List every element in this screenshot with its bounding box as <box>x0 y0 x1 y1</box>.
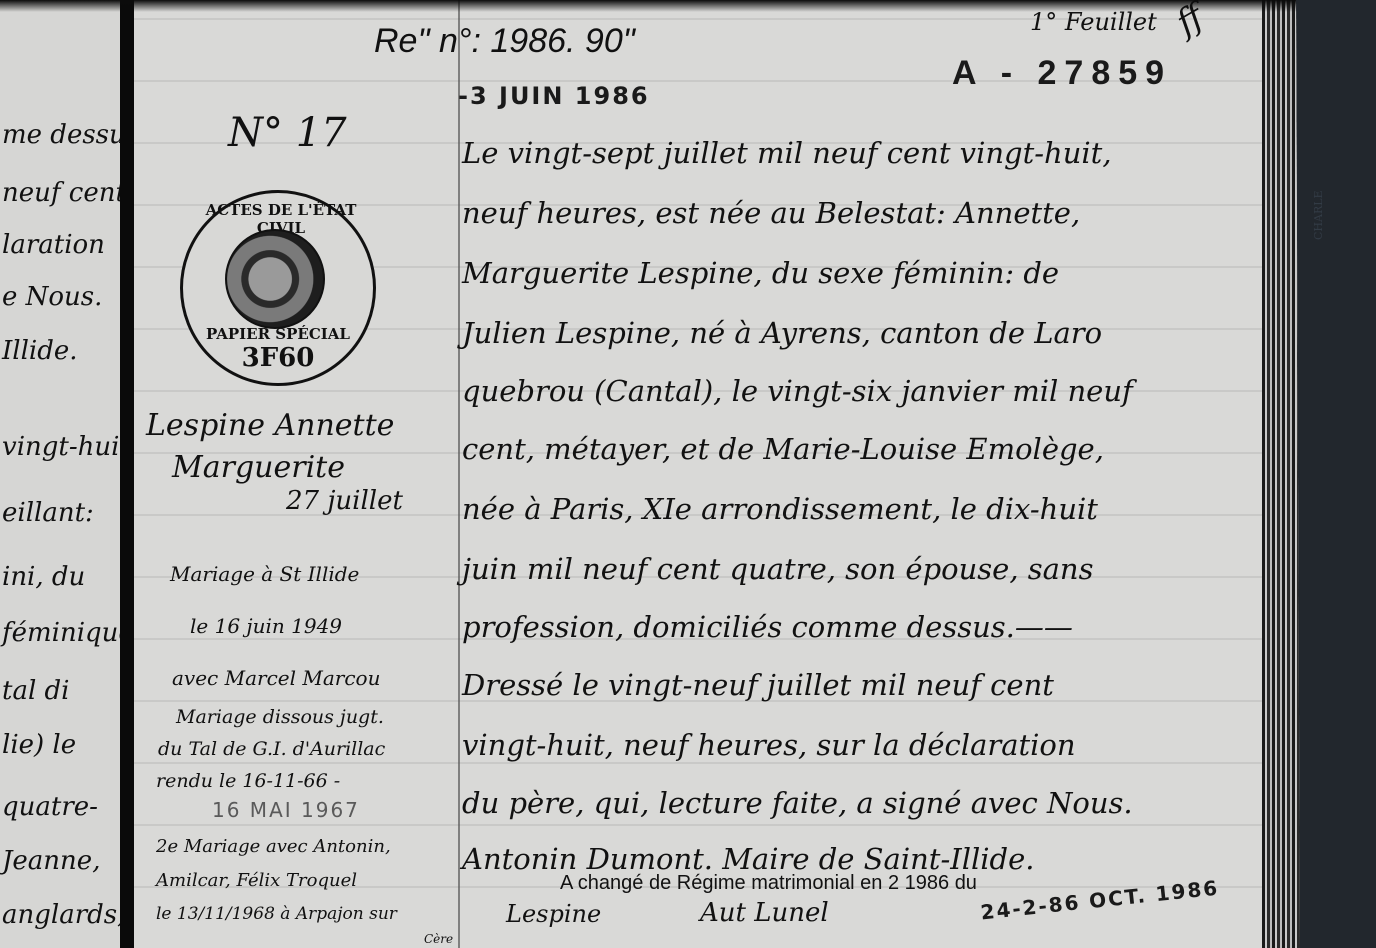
body-line: du père, qui, lecture faite, a signé ave… <box>462 786 1133 820</box>
margin-note-line: le 13/11/1968 à Arpajon sur <box>156 904 397 924</box>
body-line: vingt-huit, neuf heures, sur la déclarat… <box>462 728 1076 762</box>
fiscal-stamp-seal: ACTES DE L'ÉTAT CIVIL PAPIER SPÉCIAL 3F6… <box>180 190 376 386</box>
annotation-signature-left: Lespine <box>506 900 601 928</box>
record-number: N° 17 <box>228 110 347 156</box>
book-gutter <box>120 0 134 948</box>
left-page-line: e Nous. <box>2 282 102 312</box>
body-line: juin mil neuf cent quatre, son épouse, s… <box>462 552 1094 586</box>
body-line: Marguerite Lespine, du sexe féminin: de <box>462 256 1059 290</box>
body-line: profession, domiciliés comme dessus.—— <box>462 610 1073 644</box>
body-line: Julien Lespine, né à Ayrens, canton de L… <box>462 316 1102 350</box>
margin-name-line1: Lespine Annette <box>146 408 394 443</box>
margin-note-line: Mariage à St Illide <box>170 562 359 586</box>
matrimonial-regime-annotation: A changé de Régime matrimonial en 2 1986… <box>560 872 977 895</box>
left-page-line: anglards, <box>2 900 120 930</box>
backdrop-decoration: CHARLE <box>1312 180 1362 240</box>
left-page-line: tal di <box>2 676 70 706</box>
left-page-line: neuf cent <box>2 178 120 208</box>
left-page-line: féminique <box>2 618 120 648</box>
reference-date-stamp: -3 JUIN 1986 <box>458 82 650 110</box>
marianne-portrait-icon <box>225 229 325 329</box>
margin-note-line: le 16 juin 1949 <box>190 614 342 638</box>
left-page-line: quatre- <box>2 792 98 822</box>
margin-note-line: Mariage dissous jugt. <box>176 706 384 728</box>
left-page: me dessus neuf cent laration e Nous. Ill… <box>0 0 120 948</box>
margin-note-line: du Tal de G.I. d'Aurillac <box>158 738 385 760</box>
acte-number: A - 27859 <box>952 54 1172 93</box>
body-line: Le vingt-sept juillet mil neuf cent ving… <box>462 136 1112 170</box>
body-line: née à Paris, XIe arrondissement, le dix-… <box>462 492 1098 526</box>
annotation-date-stamp: 24-2-86 OCT. 1986 <box>979 876 1220 925</box>
body-line: Dressé le vingt-neuf juillet mil neuf ce… <box>462 668 1054 702</box>
reference-note: Re" n°: 1986. 90" <box>374 22 635 61</box>
left-page-line: laration <box>2 230 105 260</box>
body-line: neuf heures, est née au Belestat: Annett… <box>462 196 1080 230</box>
top-shadow <box>0 0 1300 12</box>
seal-price: 3F60 <box>183 343 373 373</box>
mayor-signature-line: Antonin Dumont. Maire de Saint-Illide. <box>462 842 1034 876</box>
margin-rule <box>458 0 460 948</box>
margin-date-stamp: 16 MAI 1967 <box>212 798 360 822</box>
margin-note-line: rendu le 16-11-66 - <box>156 770 340 792</box>
margin-name-line2: Marguerite <box>172 450 345 485</box>
annotation-signature-right: Aut Lunel <box>700 898 829 928</box>
left-page-line: lie) le <box>2 730 76 760</box>
left-page-line: vingt-huit <box>2 432 120 462</box>
left-page-line: Illide. <box>2 336 78 366</box>
margin-date: 27 juillet <box>286 486 403 516</box>
margin-note-line: avec Marcel Marcou <box>172 666 380 690</box>
register-page-scan: me dessus neuf cent laration e Nous. Ill… <box>0 0 1300 948</box>
margin-note-line: Amilcar, Félix Troquel <box>156 870 357 891</box>
left-page-line: me dessus <box>2 120 120 150</box>
margin-note-line: Cère <box>424 932 453 946</box>
document-viewer: CHARLE me dessus neuf cent laration e No… <box>0 0 1376 948</box>
margin-note-line: 2e Mariage avec Antonin, <box>156 836 391 857</box>
feuillet-note: 1° Feuillet <box>1030 8 1157 36</box>
book-page-edge <box>1262 0 1300 948</box>
left-page-line: ini, du <box>2 562 85 592</box>
left-page-line: eillant: <box>2 498 94 528</box>
left-page-line: Jeanne, <box>2 846 100 876</box>
body-line: cent, métayer, et de Marie-Louise Emolèg… <box>462 432 1104 466</box>
seal-label: PAPIER SPÉCIAL <box>183 325 373 343</box>
body-line: quebrou (Cantal), le vingt-six janvier m… <box>462 374 1133 408</box>
